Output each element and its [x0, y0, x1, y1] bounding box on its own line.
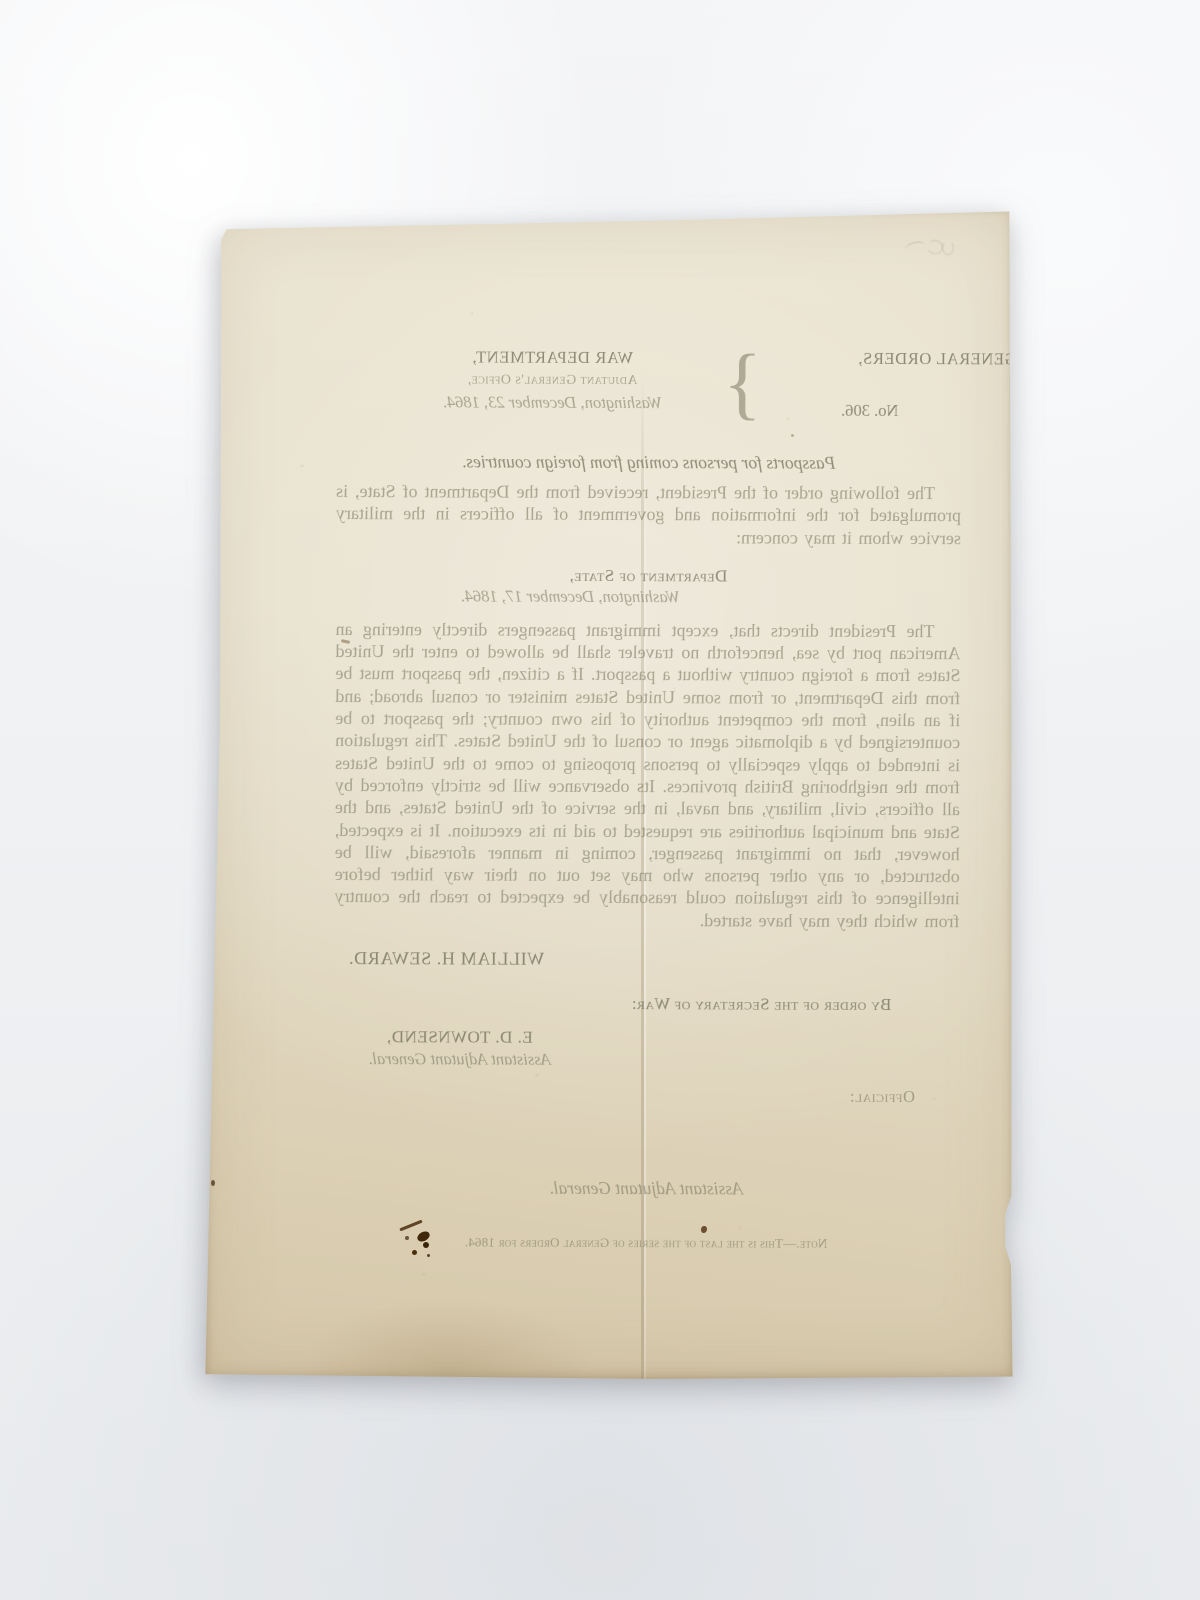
- header-dateline: Washington, December 23, 1864.: [391, 392, 713, 413]
- seward-signature: WILLIAM H. SEWARD.: [334, 948, 959, 971]
- official-label: Official:: [334, 1085, 959, 1107]
- intro-paragraph: The following order of the President, re…: [336, 480, 961, 549]
- showthrough-mirror: GENERAL ORDERS, No. 306. } WAR DEPARTMEN…: [203, 207, 1017, 1382]
- adjutant-block: E. D. TOWNSEND, Assistant Adjutant Gener…: [342, 1027, 577, 1070]
- general-order-text: GENERAL ORDERS, No. 306. } WAR DEPARTMEN…: [208, 207, 1017, 1253]
- orders-number: No. 306.: [771, 401, 1016, 422]
- ink-blot: [397, 1216, 441, 1262]
- war-department-line: WAR DEPARTMENT,: [391, 347, 713, 368]
- orders-label-block: GENERAL ORDERS, No. 306.: [771, 349, 1016, 422]
- department-block: WAR DEPARTMENT, Adjutant General's Offic…: [391, 347, 713, 420]
- paper-speck: [791, 434, 794, 437]
- order-paragraph: The President directs that, except immig…: [335, 618, 961, 932]
- state-department-line: Department of State,: [336, 565, 961, 587]
- order-body: Passports for persons coming from foreig…: [333, 451, 961, 1252]
- header-brace: }: [713, 346, 771, 420]
- paper-speck: [211, 1180, 215, 1186]
- townsend-title: Assistant Adjutant General.: [342, 1049, 577, 1070]
- paper-wrap: GENERAL ORDERS, No. 306. } WAR DEPARTMEN…: [205, 208, 1015, 1380]
- countersign-title: Assistant Adjutant General.: [334, 1177, 959, 1200]
- state-dateline: Washington, December 17, 1864.: [258, 586, 883, 608]
- subject-line: Passports for persons coming from foreig…: [336, 451, 961, 474]
- photo-scene: GENERAL ORDERS, No. 306. } WAR DEPARTMEN…: [0, 0, 1200, 1600]
- order-header: GENERAL ORDERS, No. 306. } WAR DEPARTMEN…: [211, 347, 1016, 422]
- document-paper: GENERAL ORDERS, No. 306. } WAR DEPARTMEN…: [205, 208, 1015, 1380]
- by-order-line: By order of the Secretary of War:: [334, 993, 959, 1015]
- adjutant-office-line: Adjutant General's Office,: [391, 372, 713, 389]
- townsend-name: E. D. TOWNSEND,: [342, 1027, 577, 1048]
- orders-label: GENERAL ORDERS,: [771, 349, 1016, 370]
